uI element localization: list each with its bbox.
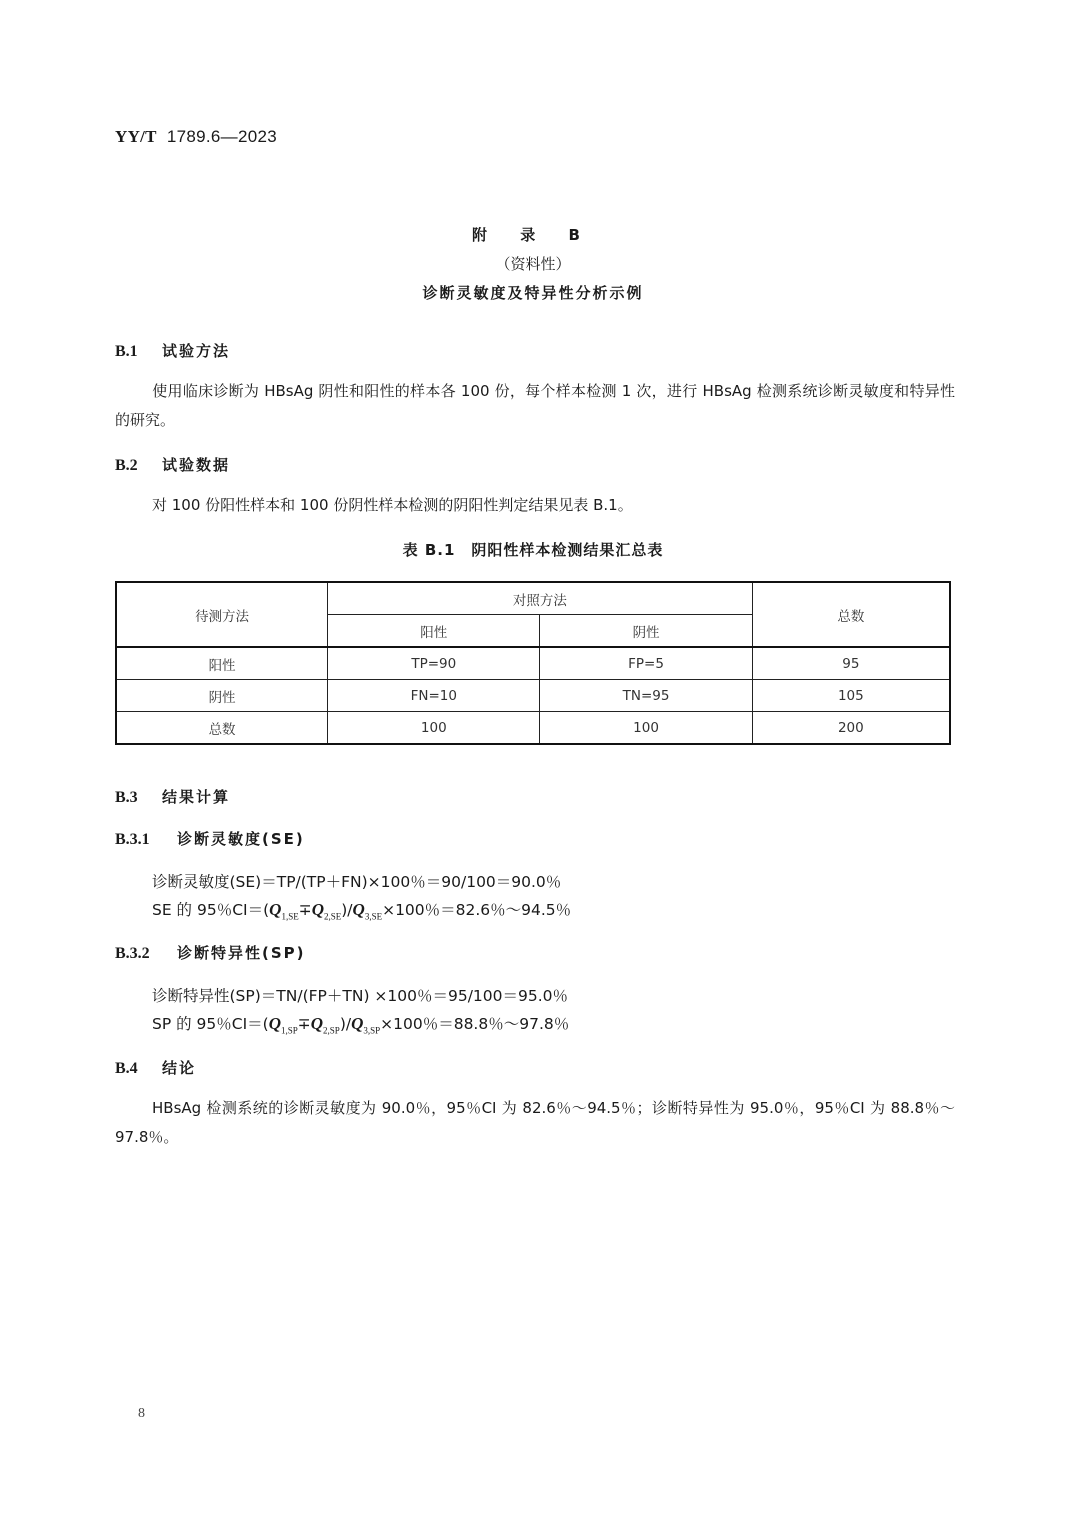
header-negative: 阴性	[540, 615, 752, 648]
section-title: 试验方法	[162, 342, 230, 360]
row-label: 总数	[116, 712, 328, 745]
table-row: 总数 100 100 200	[116, 712, 950, 745]
q3-symbol: Q3,SP	[351, 1014, 380, 1033]
formula-se: 诊断灵敏度(SE)＝TP/(TP＋FN)×100％＝90/100＝90.0％	[152, 870, 561, 892]
row-label: 阳性	[116, 647, 328, 680]
formula-sp: 诊断特异性(SP)＝TN/(FP＋TN) ×100％＝95/100＝95.0％	[152, 984, 568, 1006]
formula-text: ×100％＝82.6％～94.5％	[382, 901, 571, 919]
formula-sp-ci: SP 的 95％CI＝(Q1,SP∓Q2,SP)/Q3,SP×100％＝88.8…	[152, 1012, 569, 1035]
cell-positive: 100	[328, 712, 540, 745]
q2-symbol: Q2,SE	[312, 900, 342, 919]
cell-positive: FN=10	[328, 680, 540, 712]
paragraph-text: 对 100 份阳性样本和 100 份阴性样本检测的阴阳性判定结果见表 B.1。	[152, 496, 633, 514]
formula-text: ×100％＝88.8％～97.8％	[380, 1015, 569, 1033]
section-heading-b1: B.1试验方法	[115, 340, 230, 361]
cell-negative: TN=95	[540, 680, 752, 712]
section-heading-b31: B.3.1诊断灵敏度(SE)	[115, 828, 305, 849]
section-number: B.3.1	[115, 831, 177, 849]
header-total: 总数	[752, 582, 950, 647]
formula-text: SE 的 95％CI＝(	[152, 901, 269, 919]
appendix-name: 诊断灵敏度及特异性分析示例	[0, 282, 1066, 303]
section-number: B.1	[115, 343, 162, 361]
section-title: 试验数据	[162, 456, 230, 474]
section-number: B.2	[115, 457, 162, 475]
formula-text: SP 的 95％CI＝(	[152, 1015, 269, 1033]
appendix-title: 附 录 B	[0, 224, 1066, 245]
cell-negative: FP=5	[540, 647, 752, 680]
section-number: B.3.2	[115, 945, 177, 963]
header-test-method: 待测方法	[116, 582, 328, 647]
paragraph-text: 使用临床诊断为 HBsAg 阴性和阳性的样本各 100 份，每个样本检测 1 次…	[115, 382, 955, 429]
cell-negative: 100	[540, 712, 752, 745]
cell-positive: TP=90	[328, 647, 540, 680]
section-paragraph-b1: 使用临床诊断为 HBsAg 阴性和阳性的样本各 100 份，每个样本检测 1 次…	[115, 377, 955, 435]
formula-se-ci: SE 的 95％CI＝(Q1,SE∓Q2,SE)/Q3,SE×100％＝82.6…	[152, 898, 571, 921]
standard-prefix: YY/T	[115, 127, 157, 146]
cell-total: 95	[752, 647, 950, 680]
cell-total: 200	[752, 712, 950, 745]
section-title: 诊断特异性(SP)	[177, 944, 306, 962]
results-table: 待测方法 对照方法 总数 阳性 阴性 阳性 TP=90 FP=5 95 阴性 F…	[115, 581, 951, 745]
section-heading-b32: B.3.2诊断特异性(SP)	[115, 942, 306, 963]
table-row: 阴性 FN=10 TN=95 105	[116, 680, 950, 712]
minus-plus-operator: ∓	[299, 901, 312, 919]
section-title: 诊断灵敏度(SE)	[177, 830, 305, 848]
standard-code: YY/T 1789.6—2023	[115, 127, 277, 147]
q3-symbol: Q3,SE	[353, 900, 383, 919]
table-row: 阳性 TP=90 FP=5 95	[116, 647, 950, 680]
section-heading-b4: B.4结论	[115, 1057, 196, 1078]
standard-number: 1789.6—2023	[167, 127, 277, 146]
appendix-kind: （资料性）	[0, 253, 1066, 274]
table-header-row: 待测方法 对照方法 总数	[116, 582, 950, 615]
section-number: B.4	[115, 1060, 162, 1078]
q1-symbol: Q1,SP	[269, 1014, 298, 1033]
table-caption: 表 B.1 阴阳性样本检测结果汇总表	[0, 539, 1066, 560]
section-paragraph-b2: 对 100 份阳性样本和 100 份阴性样本检测的阴阳性判定结果见表 B.1。	[115, 491, 955, 520]
section-title: 结论	[162, 1059, 196, 1077]
cell-total: 105	[752, 680, 950, 712]
q1-symbol: Q1,SE	[269, 900, 299, 919]
row-label: 阴性	[116, 680, 328, 712]
paragraph-text: HBsAg 检测系统的诊断灵敏度为 90.0％，95％CI 为 82.6％～94…	[115, 1099, 955, 1146]
q2-symbol: Q2,SP	[311, 1014, 340, 1033]
section-heading-b3: B.3结果计算	[115, 786, 230, 807]
formula-text: )/	[341, 901, 352, 919]
section-title: 结果计算	[162, 788, 230, 806]
minus-plus-operator: ∓	[298, 1015, 311, 1033]
section-number: B.3	[115, 789, 162, 807]
section-paragraph-b4: HBsAg 检测系统的诊断灵敏度为 90.0％，95％CI 为 82.6％～94…	[115, 1094, 955, 1152]
page-number: 8	[138, 1406, 145, 1422]
header-reference-method: 对照方法	[328, 582, 753, 615]
section-heading-b2: B.2试验数据	[115, 454, 230, 475]
header-positive: 阳性	[328, 615, 540, 648]
formula-text: )/	[340, 1015, 351, 1033]
